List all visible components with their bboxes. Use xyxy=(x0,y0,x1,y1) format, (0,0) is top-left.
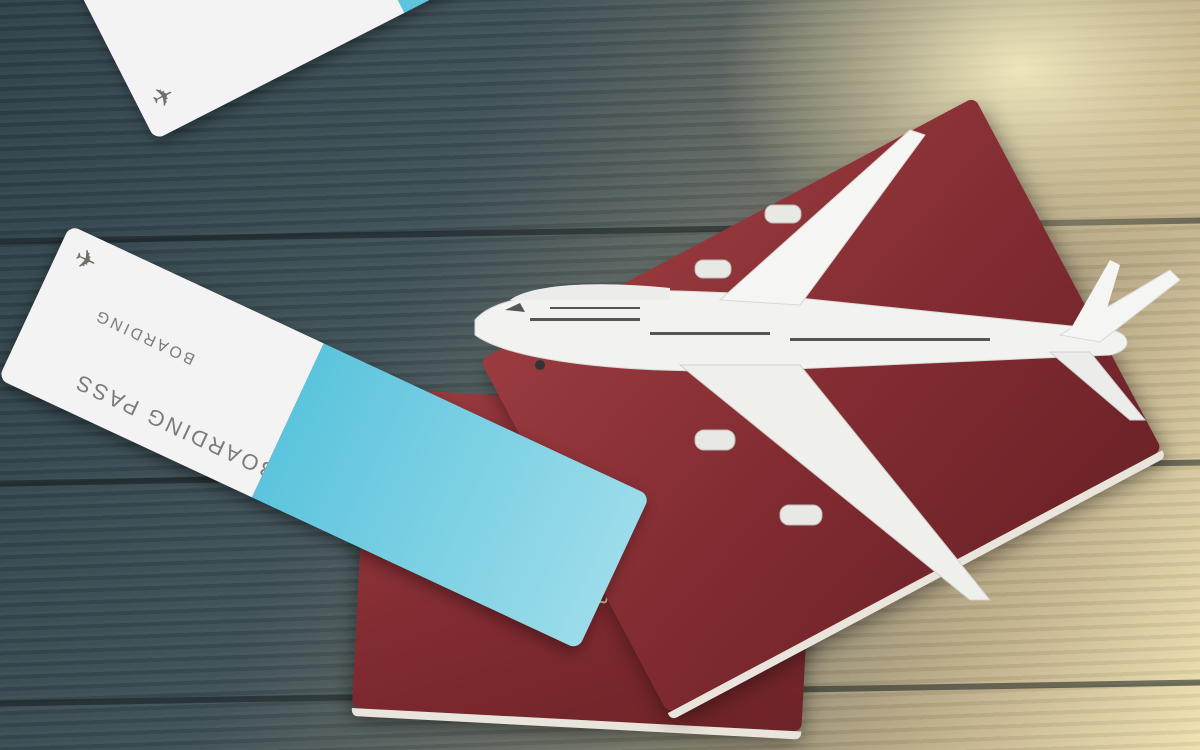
photo-scene: PASS… PASSPOR… PASSEPORT ✈ BOARDING BOAR… xyxy=(0,0,1200,750)
airplane-icon: ✈ xyxy=(69,242,102,279)
model-airplane xyxy=(470,120,1190,620)
airplane-icon: ✈ xyxy=(147,78,180,116)
boarding-pass-stub-label: BOARDING xyxy=(91,305,198,368)
